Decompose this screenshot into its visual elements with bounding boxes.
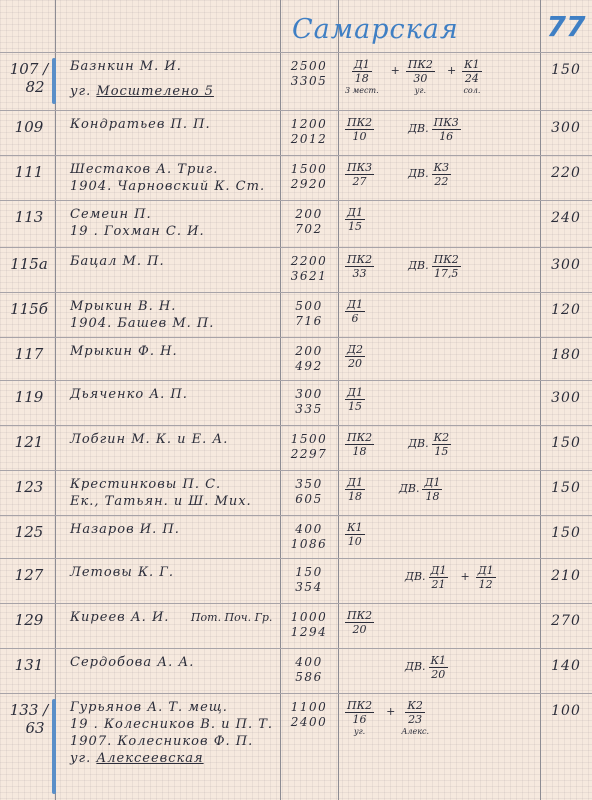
area-values: 12002012 <box>282 117 336 147</box>
total-value: 120 <box>540 302 592 318</box>
owner-name: Лобгин М. К. и Е. А. <box>70 431 280 448</box>
owner-name: Крестинковы П. С. <box>70 476 280 493</box>
fraction-group: ДВ.К322 <box>408 161 451 188</box>
area-values: 300335 <box>282 387 336 417</box>
fraction-denominator: 30 <box>413 72 427 85</box>
entry-number: 121 <box>4 433 54 451</box>
total-value: 150 <box>540 435 592 451</box>
area-bottom: 2012 <box>282 132 336 147</box>
fraction-numerator: К1 <box>429 654 449 668</box>
area-top: 2500 <box>282 59 336 74</box>
plot-fractions: Д115 <box>345 386 540 413</box>
entry-number-main: 119 <box>15 388 44 406</box>
table-row: 127Летовы К. Г.150354ДВ.Д121+Д112210 <box>0 558 592 603</box>
fraction-denominator: 10 <box>348 535 362 548</box>
entry-number: 107 /82 <box>4 60 54 96</box>
fraction-group: Д220 <box>345 343 365 370</box>
fraction-prefix: ДВ. <box>408 253 429 272</box>
plot-fractions: К110 <box>345 521 540 548</box>
row-divider <box>0 515 592 516</box>
area-values: 350605 <box>282 477 336 507</box>
owner-names: Киреев А. И. Пот. Поч. Гр. <box>70 609 280 626</box>
fraction-denominator: 10 <box>353 130 367 143</box>
area-top: 1500 <box>282 432 336 447</box>
fraction-numerator: К1 <box>345 521 365 535</box>
entry-number: 111 <box>4 163 54 181</box>
row-divider <box>0 110 592 111</box>
area-bottom: 2400 <box>282 715 336 730</box>
fraction-group: Д118 <box>345 476 365 503</box>
fraction-numerator: ПК3 <box>432 116 461 130</box>
fraction-numerator: Д1 <box>345 386 365 400</box>
fraction-group: +Д112 <box>454 564 495 591</box>
area-bottom: 335 <box>282 402 336 417</box>
total-value: 140 <box>540 658 592 674</box>
fraction-prefix: ДВ. <box>408 161 429 180</box>
fraction-denominator: 15 <box>348 220 362 233</box>
fraction-note: уг. <box>354 727 365 736</box>
fraction-numerator: К2 <box>432 431 452 445</box>
plot-fractions: Д118ДВ.Д118 <box>345 476 540 503</box>
owner-name: Семеин П. <box>70 206 280 223</box>
area-values: 25003305 <box>282 59 336 89</box>
entry-number-sub: 63 <box>4 719 54 737</box>
owner-name: Кондратьев П. П. <box>70 116 280 133</box>
fraction: Д1183 мест. <box>345 58 379 95</box>
owner-name: Мрыкин Ф. Н. <box>70 343 280 360</box>
fraction: Д112 <box>476 564 496 591</box>
owner-name: Базнкин М. И. <box>70 58 280 75</box>
plot-fractions: ПК327ДВ.К322 <box>345 161 540 188</box>
entry-number-sub: 82 <box>4 78 54 96</box>
area-bottom: 716 <box>282 314 336 329</box>
fraction-group: ПК220 <box>345 609 374 636</box>
area-top: 500 <box>282 299 336 314</box>
fraction-numerator: К3 <box>432 161 452 175</box>
fraction: Д220 <box>345 343 365 370</box>
area-bottom: 702 <box>282 222 336 237</box>
total-value: 210 <box>540 568 592 584</box>
owner-name: Мрыкин В. Н. <box>70 298 280 315</box>
area-values: 11002400 <box>282 700 336 730</box>
area-values: 10001294 <box>282 610 336 640</box>
street-title: Самарская <box>292 14 459 45</box>
fraction: Д115 <box>345 386 365 413</box>
owner-names: Шестаков А. Триг.1904. Чарновский К. Ст. <box>70 161 280 195</box>
entry-number: 133 /63 <box>4 701 54 737</box>
table-row: 115бМрыкин В. Н.1904. Башев М. П.500716Д… <box>0 292 592 337</box>
fraction-denominator: 12 <box>479 578 493 591</box>
row-divider <box>0 200 592 201</box>
entry-number-main: 109 <box>15 118 44 136</box>
fraction-group: ДВ.Д118 <box>399 476 442 503</box>
entry-number-main: 121 <box>15 433 44 451</box>
fraction-prefix: ДВ. <box>405 654 426 673</box>
fraction-numerator: Д1 <box>345 206 365 220</box>
street-name: Мосштелено 5 <box>96 84 214 99</box>
area-top: 2200 <box>282 254 336 269</box>
owner-name: Ек., Татьян. и Ш. Мих. <box>70 493 280 510</box>
fraction-group: ПК216уг. <box>345 699 374 736</box>
fraction-note: 3 мест. <box>345 86 379 95</box>
fraction-numerator: ПК2 <box>345 609 374 623</box>
row-divider <box>0 558 592 559</box>
owner-name: Киреев А. И. Пот. Поч. Гр. <box>70 609 280 626</box>
fraction-denominator: 16 <box>439 130 453 143</box>
owner-name: Назаров И. П. <box>70 521 280 538</box>
area-values: 4001086 <box>282 522 336 552</box>
fraction-group: Д16 <box>345 298 365 325</box>
fraction-numerator: ПК2 <box>345 699 374 713</box>
owner-names: Лобгин М. К. и Е. А. <box>70 431 280 448</box>
owner-names: Сердобова А. А. <box>70 654 280 671</box>
fraction-group: ПК233 <box>345 253 374 280</box>
fraction-numerator: ПК2 <box>345 253 374 267</box>
fraction: Д115 <box>345 206 365 233</box>
row-divider <box>0 155 592 156</box>
area-bottom: 3305 <box>282 74 336 89</box>
fraction: Д16 <box>345 298 365 325</box>
area-bottom: 3621 <box>282 269 336 284</box>
fraction-group: ПК210 <box>345 116 374 143</box>
fraction-prefix: ДВ. <box>408 116 429 135</box>
owner-names: Мрыкин В. Н.1904. Башев М. П. <box>70 298 280 332</box>
fraction-prefix: + <box>386 699 395 718</box>
total-value: 100 <box>540 703 592 719</box>
plot-fractions: ПК210ДВ.ПК316 <box>345 116 540 143</box>
entry-number: 117 <box>4 345 54 363</box>
owner-name: Шестаков А. Триг. <box>70 161 280 178</box>
entry-number-main: 111 <box>15 163 44 181</box>
fraction-group: Д1183 мест. <box>345 58 379 95</box>
fraction-denominator: 18 <box>353 445 367 458</box>
fraction-denominator: 15 <box>434 445 448 458</box>
fraction-group: ДВ.К120 <box>405 654 448 681</box>
total-value: 150 <box>540 480 592 496</box>
fraction-group: Д115 <box>345 206 365 233</box>
fraction: К215 <box>432 431 452 458</box>
entry-number: 115а <box>4 255 54 273</box>
fraction-group: ДВ.ПК316 <box>408 116 461 143</box>
fraction-denominator: 23 <box>408 713 422 726</box>
fraction-group: +К124сол. <box>441 58 482 95</box>
fraction: ПК210 <box>345 116 374 143</box>
fraction-numerator: Д1 <box>345 476 365 490</box>
plot-fractions: ПК216уг.+К223Алекс. <box>345 699 540 736</box>
table-row: 125Назаров И. П.4001086К110150 <box>0 515 592 558</box>
fraction: К110 <box>345 521 365 548</box>
fraction-prefix: + <box>391 58 400 77</box>
fraction: К223Алекс. <box>401 699 429 736</box>
table-row: 109Кондратьев П. П.12002012ПК210ДВ.ПК316… <box>0 110 592 155</box>
fraction-denominator: 24 <box>465 72 479 85</box>
area-values: 400586 <box>282 655 336 685</box>
fraction-numerator: К1 <box>462 58 482 72</box>
total-value: 180 <box>540 347 592 363</box>
address: уг. Алексеевская <box>70 750 280 767</box>
table-row: 107 /82Базнкин М. И.уг. Мосштелено 52500… <box>0 52 592 110</box>
fraction-denominator: 20 <box>431 668 445 681</box>
entry-number-main: 113 <box>15 208 44 226</box>
area-values: 200702 <box>282 207 336 237</box>
owner-names: Мрыкин Ф. Н. <box>70 343 280 360</box>
fraction-note: Алекс. <box>401 727 429 736</box>
fraction: К322 <box>432 161 452 188</box>
table-row: 111Шестаков А. Триг.1904. Чарновский К. … <box>0 155 592 200</box>
owner-name: 19 . Колесников В. и П. Т. <box>70 716 280 733</box>
fraction-group: К110 <box>345 521 365 548</box>
row-divider <box>0 693 592 694</box>
blue-margin-mark <box>52 58 56 104</box>
fraction-prefix: ДВ. <box>405 564 426 583</box>
area-values: 200492 <box>282 344 336 374</box>
fraction-denominator: 21 <box>432 578 446 591</box>
fraction-denominator: 20 <box>348 357 362 370</box>
table-row: 129Киреев А. И. Пот. Поч. Гр.10001294ПК2… <box>0 603 592 648</box>
plot-fractions: ПК218ДВ.К215 <box>345 431 540 458</box>
fraction-group: ПК218 <box>345 431 374 458</box>
owner-names: Летовы К. Г. <box>70 564 280 581</box>
fraction-denominator: 22 <box>434 175 448 188</box>
fraction: ПК230уг. <box>406 58 435 95</box>
row-divider <box>0 247 592 248</box>
area-bottom: 2920 <box>282 177 336 192</box>
plot-fractions: Д1183 мест.+ПК230уг.+К124сол. <box>345 58 540 95</box>
entry-number-main: 129 <box>15 611 44 629</box>
row-divider <box>0 470 592 471</box>
total-value: 300 <box>540 120 592 136</box>
fraction-numerator: К2 <box>405 699 425 713</box>
fraction-prefix: + <box>460 564 469 583</box>
total-value: 300 <box>540 390 592 406</box>
entry-number-main: 115а <box>10 255 48 273</box>
table-row: 123Крестинковы П. С.Ек., Татьян. и Ш. Ми… <box>0 470 592 515</box>
fraction: Д121 <box>429 564 449 591</box>
fraction-prefix: + <box>447 58 456 77</box>
owner-note: Пот. Поч. Гр. <box>187 611 272 624</box>
plot-fractions: Д220 <box>345 343 540 370</box>
area-bottom: 586 <box>282 670 336 685</box>
owner-name: Дьяченко А. П. <box>70 386 280 403</box>
area-top: 350 <box>282 477 336 492</box>
page-number: 77 <box>540 10 592 43</box>
fraction: Д118 <box>422 476 442 503</box>
fraction: ПК216уг. <box>345 699 374 736</box>
table-row: 117Мрыкин Ф. Н.200492Д220180 <box>0 337 592 380</box>
entry-number: 113 <box>4 208 54 226</box>
fraction: ПК233 <box>345 253 374 280</box>
area-values: 500716 <box>282 299 336 329</box>
owner-name: 1904. Чарновский К. Ст. <box>70 178 280 195</box>
fraction-numerator: Д1 <box>422 476 442 490</box>
fraction: ПК217,5 <box>432 253 461 280</box>
plot-fractions: Д115 <box>345 206 540 233</box>
entry-number-main: 115б <box>10 300 48 318</box>
fraction-denominator: 18 <box>425 490 439 503</box>
row-divider <box>0 337 592 338</box>
entry-number-main: 123 <box>15 478 44 496</box>
fraction-numerator: ПК2 <box>432 253 461 267</box>
owner-name: 1907. Колесников Ф. П. <box>70 733 280 750</box>
fraction-group: ПК327 <box>345 161 374 188</box>
owner-names: Кондратьев П. П. <box>70 116 280 133</box>
total-value: 270 <box>540 613 592 629</box>
row-divider <box>0 603 592 604</box>
blue-margin-mark <box>52 699 56 794</box>
owner-names: Крестинковы П. С.Ек., Татьян. и Ш. Мих. <box>70 476 280 510</box>
fraction-denominator: 17,5 <box>434 267 459 280</box>
owner-names: Базнкин М. И.уг. Мосштелено 5 <box>70 58 280 100</box>
owner-names: Назаров И. П. <box>70 521 280 538</box>
owner-name: Гурьянов А. Т. мещ. <box>70 699 280 716</box>
fraction-note: сол. <box>463 86 480 95</box>
area-values: 150354 <box>282 565 336 595</box>
plot-fractions: ПК220 <box>345 609 540 636</box>
area-top: 1500 <box>282 162 336 177</box>
fraction-note: уг. <box>415 86 426 95</box>
fraction: Д118 <box>345 476 365 503</box>
fraction-group: ДВ.К215 <box>408 431 451 458</box>
fraction: ПК327 <box>345 161 374 188</box>
fraction-denominator: 18 <box>355 72 369 85</box>
fraction: К124сол. <box>462 58 482 95</box>
area-bottom: 354 <box>282 580 336 595</box>
row-divider <box>0 380 592 381</box>
area-top: 1200 <box>282 117 336 132</box>
owner-name: Сердобова А. А. <box>70 654 280 671</box>
row-divider <box>0 52 592 53</box>
area-top: 200 <box>282 344 336 359</box>
table-row: 115аБацал М. П.22003621ПК233ДВ.ПК217,530… <box>0 247 592 292</box>
owner-name: 1904. Башев М. П. <box>70 315 280 332</box>
area-values: 22003621 <box>282 254 336 284</box>
entry-number-main: 133 / <box>10 701 48 719</box>
owner-names: Семеин П.19 . Гохман С. И. <box>70 206 280 240</box>
fraction-numerator: ПК3 <box>345 161 374 175</box>
entry-number: 123 <box>4 478 54 496</box>
fraction-numerator: ПК2 <box>345 431 374 445</box>
fraction-numerator: Д2 <box>345 343 365 357</box>
area-bottom: 1294 <box>282 625 336 640</box>
entry-number: 127 <box>4 566 54 584</box>
fraction-prefix: ДВ. <box>399 476 420 495</box>
owner-name: 19 . Гохман С. И. <box>70 223 280 240</box>
area-top: 150 <box>282 565 336 580</box>
owner-name: Летовы К. Г. <box>70 564 280 581</box>
owner-names: Бацал М. П. <box>70 253 280 270</box>
table-row: 119Дьяченко А. П.300335Д115300 <box>0 380 592 425</box>
owner-name: Бацал М. П. <box>70 253 280 270</box>
fraction: К120 <box>429 654 449 681</box>
owner-names: Гурьянов А. Т. мещ.19 . Колесников В. и … <box>70 699 280 767</box>
entry-number-main: 125 <box>15 523 44 541</box>
fraction-group: +ПК230уг. <box>385 58 435 95</box>
fraction: ПК316 <box>432 116 461 143</box>
area-bottom: 605 <box>282 492 336 507</box>
table-row: 133 /63Гурьянов А. Т. мещ.19 . Колеснико… <box>0 693 592 800</box>
fraction-prefix: ДВ. <box>408 431 429 450</box>
entry-number-main: 131 <box>15 656 44 674</box>
entry-number: 119 <box>4 388 54 406</box>
fraction-denominator: 20 <box>353 623 367 636</box>
entry-number-main: 107 / <box>10 60 48 78</box>
table-row: 121Лобгин М. К. и Е. А.15002297ПК218ДВ.К… <box>0 425 592 470</box>
ledger-page: Самарская 77 107 /82Базнкин М. И.уг. Мос… <box>0 0 592 800</box>
owner-names: Дьяченко А. П. <box>70 386 280 403</box>
fraction-group: ДВ.Д121 <box>405 564 448 591</box>
entry-number: 115б <box>4 300 54 318</box>
row-divider <box>0 425 592 426</box>
total-value: 150 <box>540 62 592 78</box>
address: уг. Мосштелено 5 <box>70 83 280 100</box>
fraction-denominator: 6 <box>351 312 358 325</box>
table-row: 113Семеин П.19 . Гохман С. И.200702Д1152… <box>0 200 592 247</box>
plot-fractions: Д16 <box>345 298 540 325</box>
fraction-group: ДВ.ПК217,5 <box>408 253 461 280</box>
fraction: ПК220 <box>345 609 374 636</box>
fraction-denominator: 33 <box>353 267 367 280</box>
fraction-denominator: 16 <box>353 713 367 726</box>
fraction-numerator: Д1 <box>476 564 496 578</box>
entry-number-main: 117 <box>15 345 44 363</box>
entry-number: 109 <box>4 118 54 136</box>
entry-number-main: 127 <box>15 566 44 584</box>
row-divider <box>0 292 592 293</box>
total-value: 150 <box>540 525 592 541</box>
fraction-numerator: Д1 <box>429 564 449 578</box>
fraction-numerator: Д1 <box>352 58 372 72</box>
fraction: ПК218 <box>345 431 374 458</box>
area-top: 400 <box>282 522 336 537</box>
area-values: 15002920 <box>282 162 336 192</box>
fraction-denominator: 18 <box>348 490 362 503</box>
fraction-denominator: 27 <box>353 175 367 188</box>
fraction-numerator: ПК2 <box>406 58 435 72</box>
fraction-denominator: 15 <box>348 400 362 413</box>
total-value: 220 <box>540 165 592 181</box>
area-values: 15002297 <box>282 432 336 462</box>
entry-number: 125 <box>4 523 54 541</box>
total-value: 240 <box>540 210 592 226</box>
plot-fractions: ПК233ДВ.ПК217,5 <box>345 253 540 280</box>
fraction-numerator: ПК2 <box>345 116 374 130</box>
total-value: 300 <box>540 257 592 273</box>
area-bottom: 1086 <box>282 537 336 552</box>
table-row: 131Сердобова А. А.400586ДВ.К120140 <box>0 648 592 693</box>
entry-number: 131 <box>4 656 54 674</box>
area-top: 1100 <box>282 700 336 715</box>
entry-number: 129 <box>4 611 54 629</box>
area-bottom: 2297 <box>282 447 336 462</box>
row-divider <box>0 648 592 649</box>
area-top: 300 <box>282 387 336 402</box>
area-bottom: 492 <box>282 359 336 374</box>
area-top: 400 <box>282 655 336 670</box>
area-top: 200 <box>282 207 336 222</box>
fraction-group: +К223Алекс. <box>380 699 429 736</box>
area-top: 1000 <box>282 610 336 625</box>
fraction-numerator: Д1 <box>345 298 365 312</box>
fraction-group: Д115 <box>345 386 365 413</box>
street-name: Алексеевская <box>96 751 203 766</box>
